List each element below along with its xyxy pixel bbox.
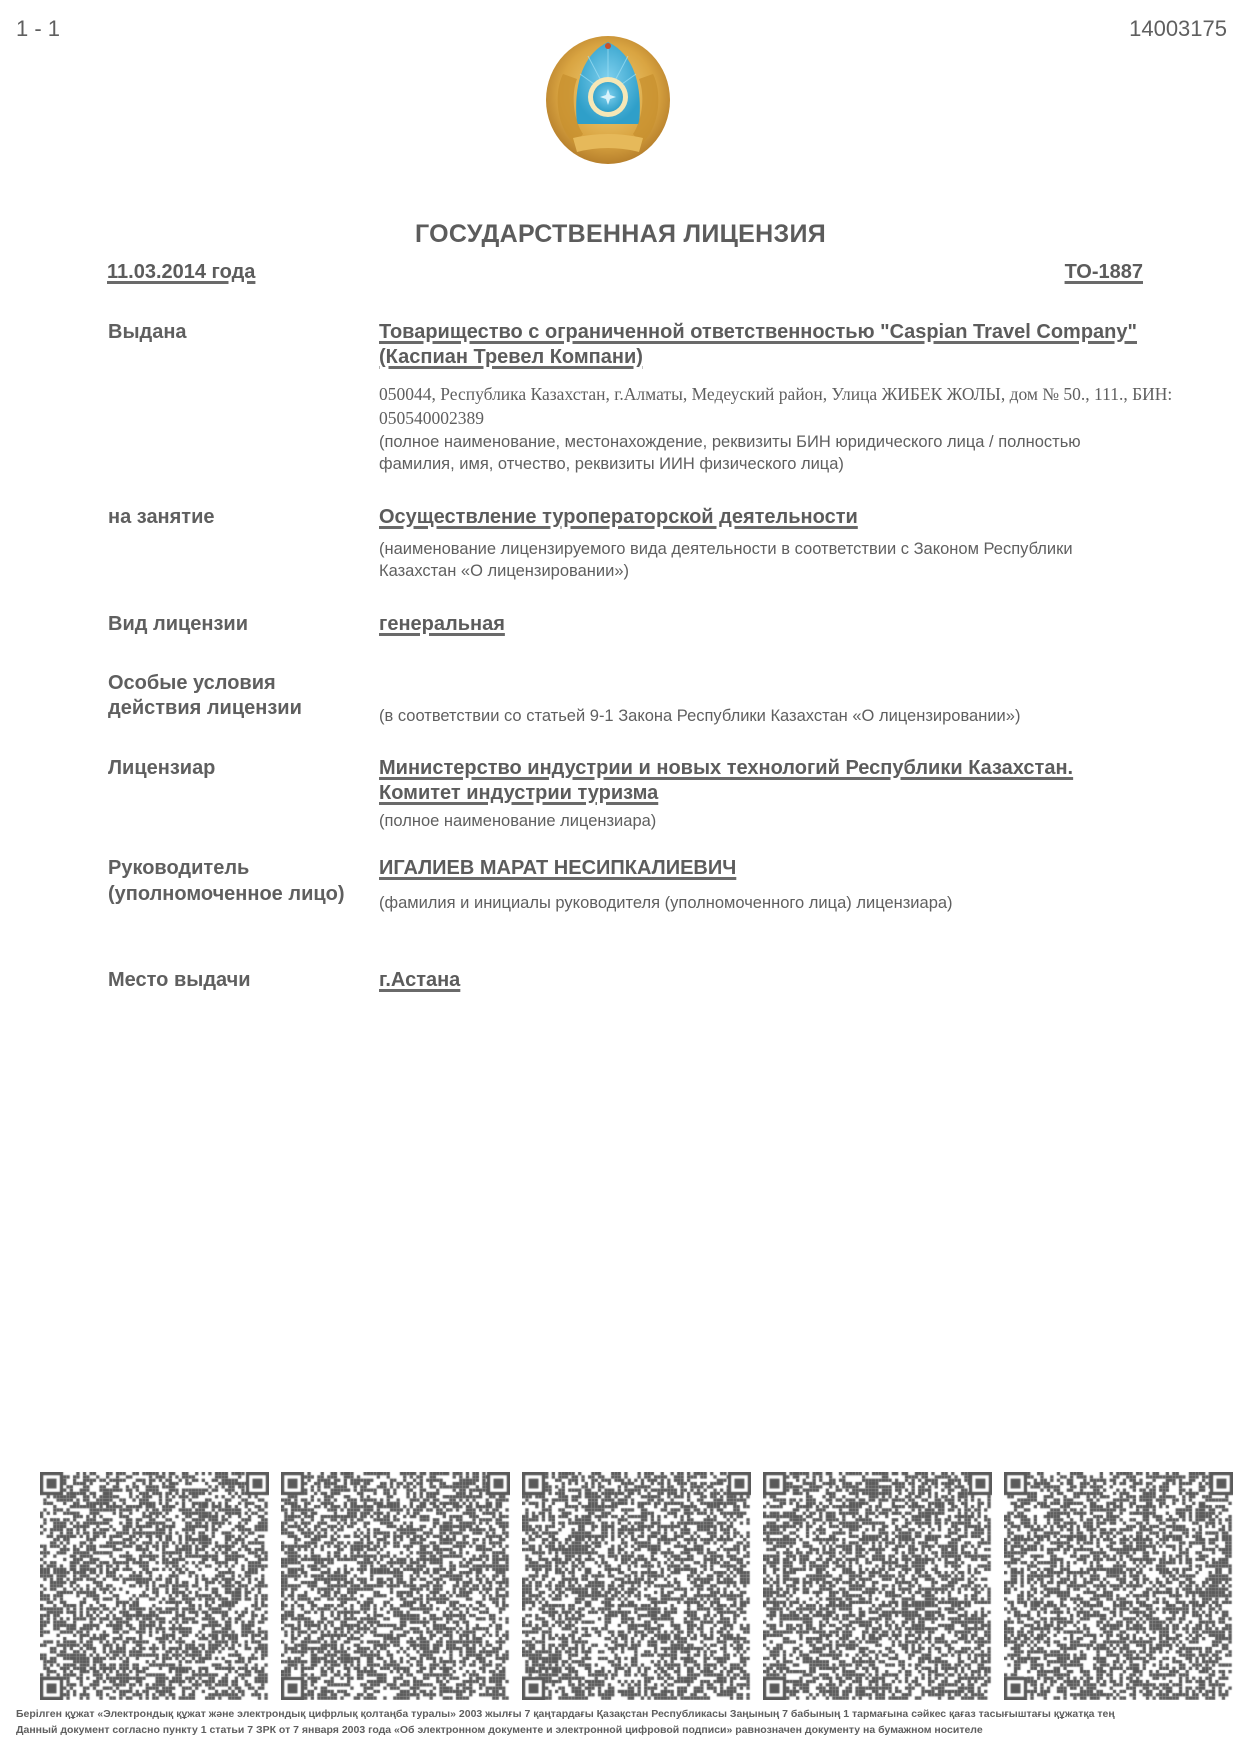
special-conditions-note: (в соответствии со статьей 9-1 Закона Ре… [379, 705, 1179, 727]
label-issued-to: Выдана [108, 320, 187, 345]
licensor-line1: Министерство индустрии и новых технологи… [379, 756, 1179, 781]
licensee-address: 050044, Республика Казахстан, г.Алматы, … [379, 382, 1179, 430]
label-place: Место выдачи [108, 968, 251, 993]
label-head-2: (уполномоченное лицо) [108, 882, 345, 907]
label-special-conditions-2: действия лицензии [108, 696, 302, 721]
state-emblem-icon [543, 34, 673, 166]
label-activity: на занятие [108, 505, 215, 530]
document-number: 14003175 [1129, 16, 1227, 42]
qr-code-icon [522, 1472, 751, 1700]
head-name: ИГАЛИЕВ МАРАТ НЕСИПКАЛИЕВИЧ [379, 856, 1179, 881]
qr-code-icon [1004, 1472, 1233, 1700]
qr-code-icon [281, 1472, 510, 1700]
head-note: (фамилия и инициалы руководителя (уполно… [379, 892, 1139, 914]
licensee-note: (полное наименование, местонахождение, р… [379, 431, 1139, 475]
activity-note: (наименование лицензируемого вида деятел… [379, 538, 1099, 582]
qr-code-icon [40, 1472, 269, 1700]
label-head-1: Руководитель [108, 856, 249, 881]
footer-legal-ru: Данный документ согласно пункту 1 статьи… [16, 1724, 1236, 1736]
license-type-value: генеральная [379, 612, 1179, 637]
document-title: ГОСУДАРСТВЕННАЯ ЛИЦЕНЗИЯ [0, 220, 1241, 249]
licensor-line2: Комитет индустрии туризма [379, 781, 1179, 806]
license-number: ТО-1887 [1065, 261, 1143, 284]
activity-value: Осуществление туроператорской деятельнос… [379, 505, 1179, 530]
licensor-note: (полное наименование лицензиара) [379, 810, 1139, 832]
page-counter: 1 - 1 [16, 16, 60, 42]
place-value: г.Астана [379, 968, 1179, 993]
issue-date: 11.03.2014 года [107, 261, 255, 284]
qr-code-row [40, 1472, 1232, 1700]
qr-code-icon [763, 1472, 992, 1700]
label-licensor: Лицензиар [108, 756, 215, 781]
footer-legal-kz: Берілген құжат «Электрондық құжат және э… [16, 1708, 1236, 1720]
label-license-type: Вид лицензии [108, 612, 248, 637]
licensee-name: Товарищество с ограниченной ответственно… [379, 320, 1159, 370]
label-special-conditions-1: Особые условия [108, 671, 276, 696]
